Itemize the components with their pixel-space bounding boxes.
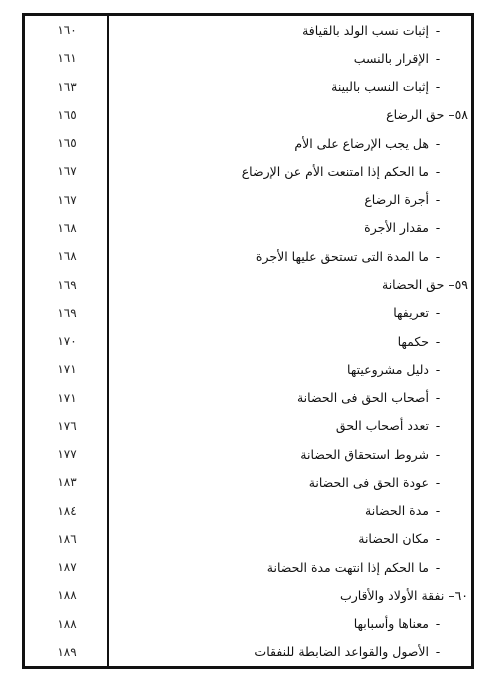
entry-title: إثبات النسب بالبينة	[331, 79, 429, 94]
bullet-dash: -	[429, 390, 447, 405]
bullet-dash: -	[429, 616, 447, 631]
entry-title: دليل مشروعيتها	[347, 362, 429, 377]
page-number: ١٨٩	[25, 638, 107, 666]
entry-title: معناها وأسبابها	[354, 616, 429, 631]
page-number: ١٧١	[25, 383, 107, 411]
page-number: ١٧٦	[25, 412, 107, 440]
bullet-dash: -	[429, 220, 447, 235]
page-number: ١٧٠	[25, 327, 107, 355]
page-number: ١٦٥	[25, 129, 107, 157]
page-number: ١٨٦	[25, 525, 107, 553]
entry-title: ما الحكم إذا امتنعت الأم عن الإرضاع	[242, 164, 429, 179]
entry-title: أجرة الرضاع	[364, 192, 429, 207]
page-number: ١٦٩	[25, 299, 107, 327]
bullet-dash: -	[429, 475, 447, 490]
page-number-column: ١٦٠١٦١١٦٣١٦٥١٦٥١٦٧١٦٧١٦٨١٦٨١٦٩١٦٩١٧٠١٧١١…	[25, 16, 109, 666]
title-column: -إثبات نسب الولد بالقيافة-الإقرار بالنسب…	[109, 16, 471, 666]
section-number: ٥٩–	[448, 277, 468, 292]
bullet-dash: -	[429, 644, 447, 659]
toc-subentry: -هل يجب الإرضاع على الأم	[109, 129, 471, 157]
entry-title: مدة الحضانة	[365, 503, 429, 518]
page-number: ١٦٥	[25, 101, 107, 129]
entry-title: هل يجب الإرضاع على الأم	[294, 136, 429, 151]
entry-title: ما الحكم إذا انتهت مدة الحضانة	[267, 560, 429, 575]
entry-title: حق الحضانة	[382, 277, 444, 292]
entry-title: أصحاب الحق فى الحضانة	[297, 390, 429, 405]
table-of-contents: ١٦٠١٦١١٦٣١٦٥١٦٥١٦٧١٦٧١٦٨١٦٨١٦٩١٦٩١٧٠١٧١١…	[22, 13, 474, 669]
entry-title: حكمها	[398, 334, 429, 349]
page-number: ١٨٣	[25, 468, 107, 496]
page-number: ١٨٧	[25, 553, 107, 581]
page-number: ١٨٨	[25, 581, 107, 609]
page-number: ١٨٤	[25, 497, 107, 525]
page-number: ١٦٩	[25, 270, 107, 298]
toc-subentry: -تعدد أصحاب الحق	[109, 412, 471, 440]
bullet-dash: -	[429, 79, 447, 94]
bullet-dash: -	[429, 418, 447, 433]
bullet-dash: -	[429, 362, 447, 377]
entry-title: تعدد أصحاب الحق	[336, 418, 429, 433]
toc-subentry: -دليل مشروعيتها	[109, 355, 471, 383]
bullet-dash: -	[429, 164, 447, 179]
toc-section-heading: ٦٠–نفقة الأولاد والأقارب	[109, 581, 471, 609]
toc-subentry: -ما المدة التى تستحق عليها الأجرة	[109, 242, 471, 270]
page-number: ١٦١	[25, 44, 107, 72]
toc-subentry: -أجرة الرضاع	[109, 186, 471, 214]
page-number: ١٨٨	[25, 610, 107, 638]
toc-subentry: -مدة الحضانة	[109, 497, 471, 525]
toc-section-heading: ٥٩–حق الحضانة	[109, 270, 471, 298]
entry-title: الأصول والقواعد الضابطة للنفقات	[254, 644, 429, 659]
bullet-dash: -	[429, 249, 447, 264]
bullet-dash: -	[429, 51, 447, 66]
bullet-dash: -	[429, 560, 447, 575]
page-number: ١٦٧	[25, 157, 107, 185]
page-number: ١٧٧	[25, 440, 107, 468]
toc-subentry: -الإقرار بالنسب	[109, 44, 471, 72]
toc-subentry: -الأصول والقواعد الضابطة للنفقات	[109, 638, 471, 666]
bullet-dash: -	[429, 531, 447, 546]
toc-subentry: -مكان الحضانة	[109, 525, 471, 553]
bullet-dash: -	[429, 305, 447, 320]
toc-subentry: -تعريفها	[109, 299, 471, 327]
toc-subentry: -شروط استحقاق الحضانة	[109, 440, 471, 468]
page-number: ١٦٧	[25, 186, 107, 214]
toc-subentry: -ما الحكم إذا انتهت مدة الحضانة	[109, 553, 471, 581]
section-number: ٦٠–	[448, 588, 468, 603]
page-number: ١٧١	[25, 355, 107, 383]
bullet-dash: -	[429, 447, 447, 462]
toc-subentry: -إثبات النسب بالبينة	[109, 73, 471, 101]
toc-subentry: -ما الحكم إذا امتنعت الأم عن الإرضاع	[109, 157, 471, 185]
toc-subentry: -مقدار الأجرة	[109, 214, 471, 242]
entry-title: الإقرار بالنسب	[354, 51, 429, 66]
page-number: ١٦٨	[25, 214, 107, 242]
entry-title: حق الرضاع	[386, 107, 444, 122]
toc-subentry: -معناها وأسبابها	[109, 610, 471, 638]
toc-subentry: -أصحاب الحق فى الحضانة	[109, 383, 471, 411]
entry-title: عودة الحق فى الحضانة	[309, 475, 429, 490]
entry-title: نفقة الأولاد والأقارب	[340, 588, 444, 603]
toc-subentry: -حكمها	[109, 327, 471, 355]
page-number: ١٦٣	[25, 73, 107, 101]
bullet-dash: -	[429, 136, 447, 151]
bullet-dash: -	[429, 334, 447, 349]
entry-title: ما المدة التى تستحق عليها الأجرة	[256, 249, 429, 264]
bullet-dash: -	[429, 192, 447, 207]
page-number: ١٦٠	[25, 16, 107, 44]
section-number: ٥٨–	[448, 107, 468, 122]
bullet-dash: -	[429, 23, 447, 38]
entry-title: إثبات نسب الولد بالقيافة	[302, 23, 429, 38]
entry-title: شروط استحقاق الحضانة	[300, 447, 429, 462]
bullet-dash: -	[429, 503, 447, 518]
page-number: ١٦٨	[25, 242, 107, 270]
entry-title: تعريفها	[393, 305, 429, 320]
toc-section-heading: ٥٨–حق الرضاع	[109, 101, 471, 129]
toc-subentry: -عودة الحق فى الحضانة	[109, 468, 471, 496]
toc-subentry: -إثبات نسب الولد بالقيافة	[109, 16, 471, 44]
entry-title: مكان الحضانة	[358, 531, 429, 546]
entry-title: مقدار الأجرة	[364, 220, 429, 235]
